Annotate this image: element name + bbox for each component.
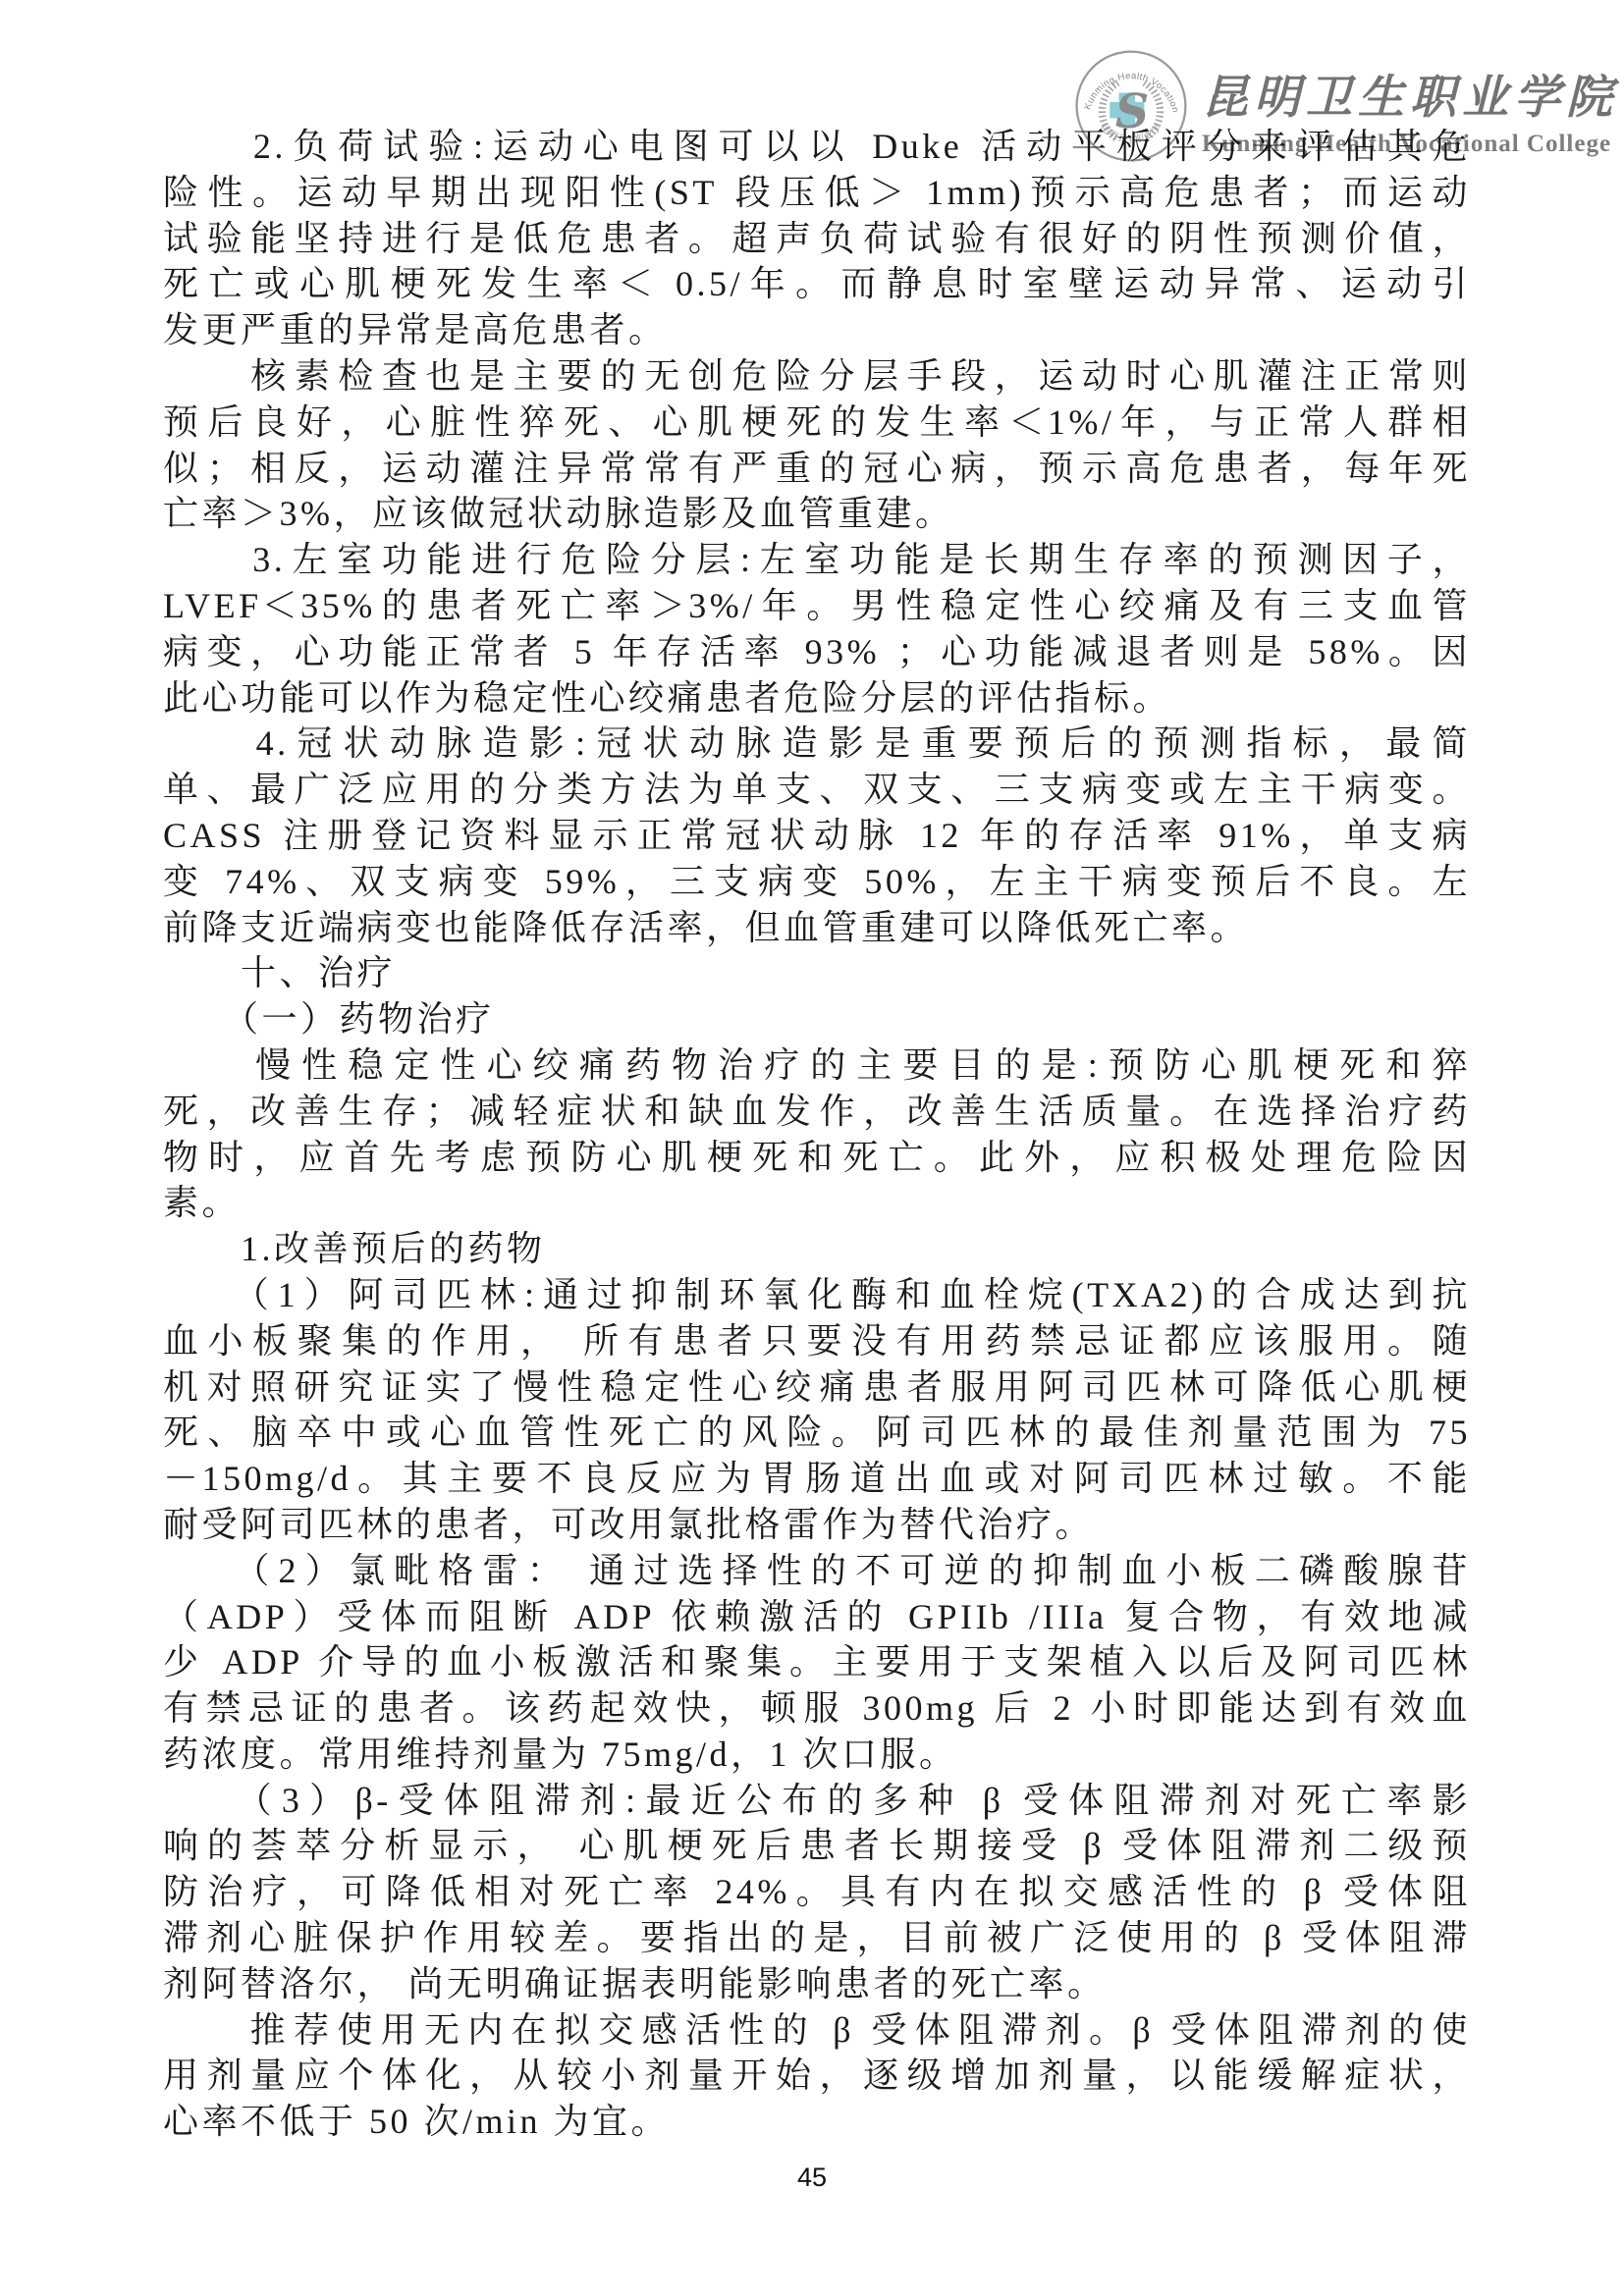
- text-line: 单、最广泛应用的分类方法为单支、双支、三支病变或左主干病变。: [163, 767, 1471, 813]
- text-line: 变 74%、双支病变 59%，三支病变 50%，左主干病变预后不良。左: [163, 859, 1471, 905]
- document-text-block: 2.负荷试验:运动心电图可以以 Duke 活动平板评分来评估其危险性。运动早期出…: [163, 124, 1471, 2145]
- text-line: 心率不低于 50 次/min 为宜。: [163, 2099, 1471, 2145]
- text-line: 预后良好，心脏性猝死、心肌梗死的发生率＜1%/年，与正常人群相: [163, 400, 1471, 446]
- text-line: （一）药物治疗: [163, 996, 1471, 1042]
- text-line: 耐受阿司匹林的患者，可改用氯批格雷作为替代治疗。: [163, 1502, 1471, 1548]
- text-line: 4.冠状动脉造影:冠状动脉造影是重要预后的预测指标，最简: [163, 721, 1471, 767]
- text-line: 死，改善生存；减轻症状和缺血发作，改善生活质量。在选择治疗药: [163, 1089, 1471, 1135]
- text-line: 3.左室功能进行危险分层:左室功能是长期生存率的预测因子，: [163, 537, 1471, 583]
- text-line: 亡率＞3%，应该做冠状动脉造影及血管重建。: [163, 491, 1471, 537]
- text-line: LVEF＜35%的患者死亡率＞3%/年。男性稳定性心绞痛及有三支血管: [163, 583, 1471, 629]
- text-line: 推荐使用无内在拟交感活性的 β 受体阻滞剂。β 受体阻滞剂的使: [163, 2007, 1471, 2054]
- text-line: （2）氯毗格雷： 通过选择性的不可逆的抑制血小板二磷酸腺苷: [163, 1548, 1471, 1594]
- text-line: 有禁忌证的患者。该药起效快，顿服 300mg 后 2 小时即能达到有效血: [163, 1685, 1471, 1732]
- text-line: 十、治疗: [163, 950, 1471, 996]
- text-line: 试验能坚持进行是低危患者。超声负荷试验有很好的阴性预测价值，: [163, 216, 1471, 262]
- text-line: 用剂量应个体化，从较小剂量开始，逐级增加剂量，以能缓解症状，: [163, 2053, 1471, 2099]
- text-line: 发更严重的异常是高危患者。: [163, 307, 1471, 353]
- text-line: （1）阿司匹林:通过抑制环氧化酶和血栓烷(TXA2)的合成达到抗: [163, 1272, 1471, 1318]
- text-line: 防治疗，可降低相对死亡率 24%。具有内在拟交感活性的 β 受体阻: [163, 1869, 1471, 1915]
- text-line: 血小板聚集的作用， 所有患者只要没有用药禁忌证都应该服用。随: [163, 1318, 1471, 1364]
- text-line: （ADP）受体而阻断 ADP 依赖激活的 GPIIb /IIIa 复合物，有效地…: [163, 1594, 1471, 1640]
- text-line: 病变，心功能正常者 5 年存活率 93% ；心功能减退者则是 58%。因: [163, 629, 1471, 675]
- text-line: 此心功能可以作为稳定性心绞痛患者危险分层的评估指标。: [163, 675, 1471, 721]
- text-line: 似；相反，运动灌注异常常有严重的冠心病，预示高危患者，每年死: [163, 446, 1471, 492]
- text-line: 慢性稳定性心绞痛药物治疗的主要目的是:预防心肌梗死和猝: [163, 1042, 1471, 1089]
- text-line: 响的荟萃分析显示， 心肌梗死后患者长期接受 β 受体阻滞剂二级预: [163, 1823, 1471, 1869]
- text-line: 物时，应首先考虑预防心肌梗死和死亡。此外，应积极处理危险因: [163, 1135, 1471, 1181]
- text-line: CASS 注册登记资料显示正常冠状动脉 12 年的存活率 91%，单支病: [163, 813, 1471, 859]
- text-line: 少 ADP 介导的血小板激活和聚集。主要用于支架植入以后及阿司匹林: [163, 1639, 1471, 1685]
- text-line: 险性。运动早期出现阳性(ST 段压低＞ 1mm)预示高危患者；而运动: [163, 170, 1471, 216]
- text-line: 死、脑卒中或心血管性死亡的风险。阿司匹林的最佳剂量范围为 75: [163, 1410, 1471, 1456]
- text-line: 1.改善预后的药物: [163, 1226, 1471, 1272]
- document-page: Kunming Health Vocational College S 昆明卫生…: [0, 0, 1624, 2296]
- text-line: 机对照研究证实了慢性稳定性心绞痛患者服用阿司匹林可降低心肌梗: [163, 1364, 1471, 1411]
- text-line: 死亡或心肌梗死发生率＜ 0.5/年。而静息时室壁运动异常、运动引: [163, 261, 1471, 307]
- page-number: 45: [0, 2163, 1624, 2193]
- text-line: （3）β-受体阻滞剂:最近公布的多种 β 受体阻滞剂对死亡率影: [163, 1778, 1471, 1824]
- text-line: 剂阿替洛尔， 尚无明确证据表明能影响患者的死亡率。: [163, 1961, 1471, 2007]
- text-line: 素。: [163, 1180, 1471, 1226]
- college-name-chinese: 昆明卫生职业学院: [1202, 75, 1618, 121]
- text-line: 2.负荷试验:运动心电图可以以 Duke 活动平板评分来评估其危: [163, 124, 1471, 170]
- text-line: 核素检查也是主要的无创危险分层手段，运动时心肌灌注正常则: [163, 353, 1471, 400]
- text-line: 滞剂心脏保护作用较差。要指出的是，目前被广泛使用的 β 受体阻滞: [163, 1915, 1471, 1961]
- text-line: 前降支近端病变也能降低存活率，但血管重建可以降低死亡率。: [163, 905, 1471, 951]
- text-line: 药浓度。常用维持剂量为 75mg/d，1 次口服。: [163, 1732, 1471, 1778]
- text-line: －150mg/d。其主要不良反应为胃肠道出血或对阿司匹林过敏。不能: [163, 1456, 1471, 1502]
